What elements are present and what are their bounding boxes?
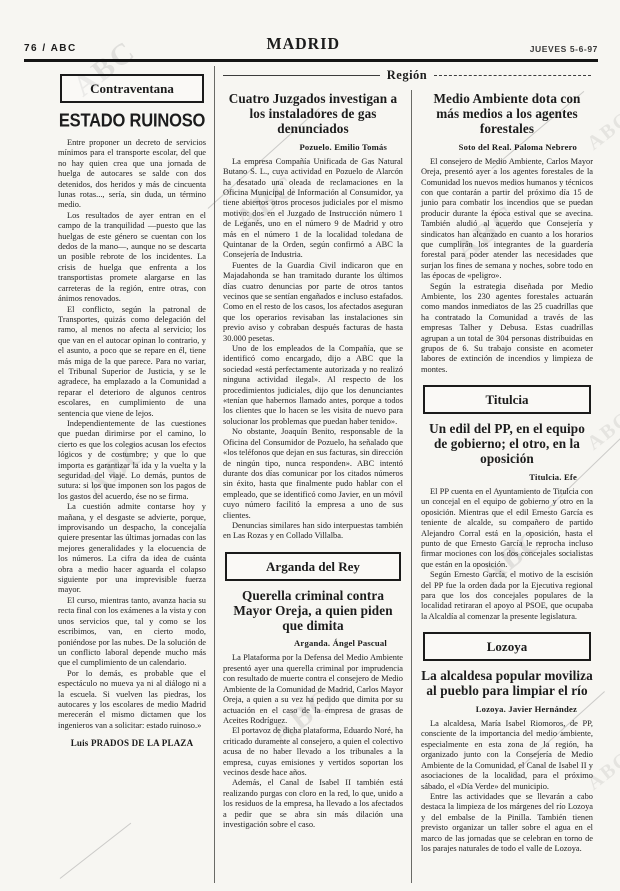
article-paragraph: El conflicto, según la patronal de Trans… [58,305,206,419]
article-paragraph: Además, el Canal de Isabel II también es… [223,778,403,830]
titulcia-box-title: Titulcia [423,385,591,414]
article-paragraph: Según Ernesto García, el motivo de la es… [421,570,593,622]
article-lozoya: Lozoya La alcaldesa popular moviliza al … [421,632,593,854]
region-section: Región Cuatro Juzgados investigan a los … [214,66,595,883]
article-paragraph: La empresa Compañía Unificada de Gas Nat… [223,157,403,261]
newspaper-page: ABC ABC ABC ABC ABC ABC ABC ABC ABC 76 /… [0,0,620,891]
article-forestales: Medio Ambiente dota con más medios a los… [421,92,593,375]
article-byline: Pozuelo. Emilio Tomás [223,142,403,152]
article-paragraph: Entre las actividades que se llevarán a … [421,792,593,854]
article-body: El PP cuenta en el Ayuntamiento de Titul… [421,487,593,622]
article-headline: Medio Ambiente dota con más medios a los… [421,92,593,137]
author-signature: Luis PRADOS DE LA PLAZA [58,738,206,748]
article-byline: Lozoya. Javier Hernández [421,704,593,714]
article-paragraph: El portavoz de dicha plataforma, Eduardo… [223,726,403,778]
page-number: 76 / ABC [24,43,77,54]
region-label: Región [387,68,428,83]
article-body: La alcaldesa, María Isabel Riomoros, de … [421,719,593,854]
article-body: La empresa Compañía Unificada de Gas Nat… [223,157,403,542]
article-body: La Plataforma por la Defensa del Medio A… [223,653,403,830]
article-headline: Querella criminal contra Mayor Oreja, a … [223,589,403,634]
article-paragraph: Independientemente de las cuestiones que… [58,419,206,502]
section-title: MADRID [266,36,340,55]
article-paragraph: Entre proponer un decreto de servicios m… [58,138,206,211]
article-body: El consejero de Medio Ambiente, Carlos M… [421,157,593,376]
article-arganda: Arganda del Rey Querella criminal contra… [223,552,403,831]
column-contraventana: Contraventana ESTADO RUINOSO Entre propo… [58,66,214,883]
contraventana-headline: ESTADO RUINOSO [58,111,206,132]
article-paragraph: El curso, mientras tanto, avanza hacia s… [58,596,206,669]
column-right: Medio Ambiente dota con más medios a los… [411,90,595,883]
article-paragraph: La alcaldesa, María Isabel Riomoros, de … [421,719,593,792]
region-strip: Región [223,68,591,83]
article-headline: Un edil del PP, en el equipo de gobierno… [421,422,593,467]
lozoya-box-title: Lozoya [423,632,591,661]
page-content: Contraventana ESTADO RUINOSO Entre propo… [58,66,595,883]
article-headline: La alcaldesa popular moviliza al pueblo … [421,669,593,699]
article-paragraph: Denuncias similares han sido interpuesta… [223,521,403,542]
article-paragraph: No obstante, Joaquín Benito, responsable… [223,427,403,521]
page-header: 76 / ABC MADRID JUEVES 5-6-97 [24,36,598,62]
contraventana-body: Entre proponer un decreto de servicios m… [58,138,206,731]
article-paragraph: Según la estrategia diseñada por Medio A… [421,282,593,376]
region-rule-right [434,75,591,76]
article-titulcia: Titulcia Un edil del PP, en el equipo de… [421,385,593,622]
column-middle: Cuatro Juzgados investigan a los instala… [215,90,411,883]
article-byline: Arganda. Ángel Pascual [223,638,403,648]
article-paragraph: Uno de los empleados de la Compañía, que… [223,344,403,427]
article-paragraph: Los resultados de ayer entran en el camp… [58,211,206,305]
article-gas: Cuatro Juzgados investigan a los instala… [223,92,403,542]
region-columns: Cuatro Juzgados investigan a los instala… [215,90,595,883]
region-rule-left [223,75,380,76]
article-paragraph: El PP cuenta en el Ayuntamiento de Titul… [421,487,593,570]
issue-date: JUEVES 5-6-97 [530,44,598,54]
article-paragraph: Por lo demás, es probable que el espectá… [58,669,206,731]
article-paragraph: La cuestión admite contarse hoy y mañana… [58,502,206,596]
contraventana-box-title: Contraventana [60,74,204,103]
article-headline: Cuatro Juzgados investigan a los instala… [223,92,403,137]
article-byline: Titulcia. Efe [421,472,593,482]
article-byline: Soto del Real. Paloma Nebrero [421,142,593,152]
article-paragraph: Fuentes de la Guardia Civil indicaron qu… [223,261,403,344]
article-paragraph: La Plataforma por la Defensa del Medio A… [223,653,403,726]
arganda-box-title: Arganda del Rey [225,552,401,581]
article-paragraph: El consejero de Medio Ambiente, Carlos M… [421,157,593,282]
